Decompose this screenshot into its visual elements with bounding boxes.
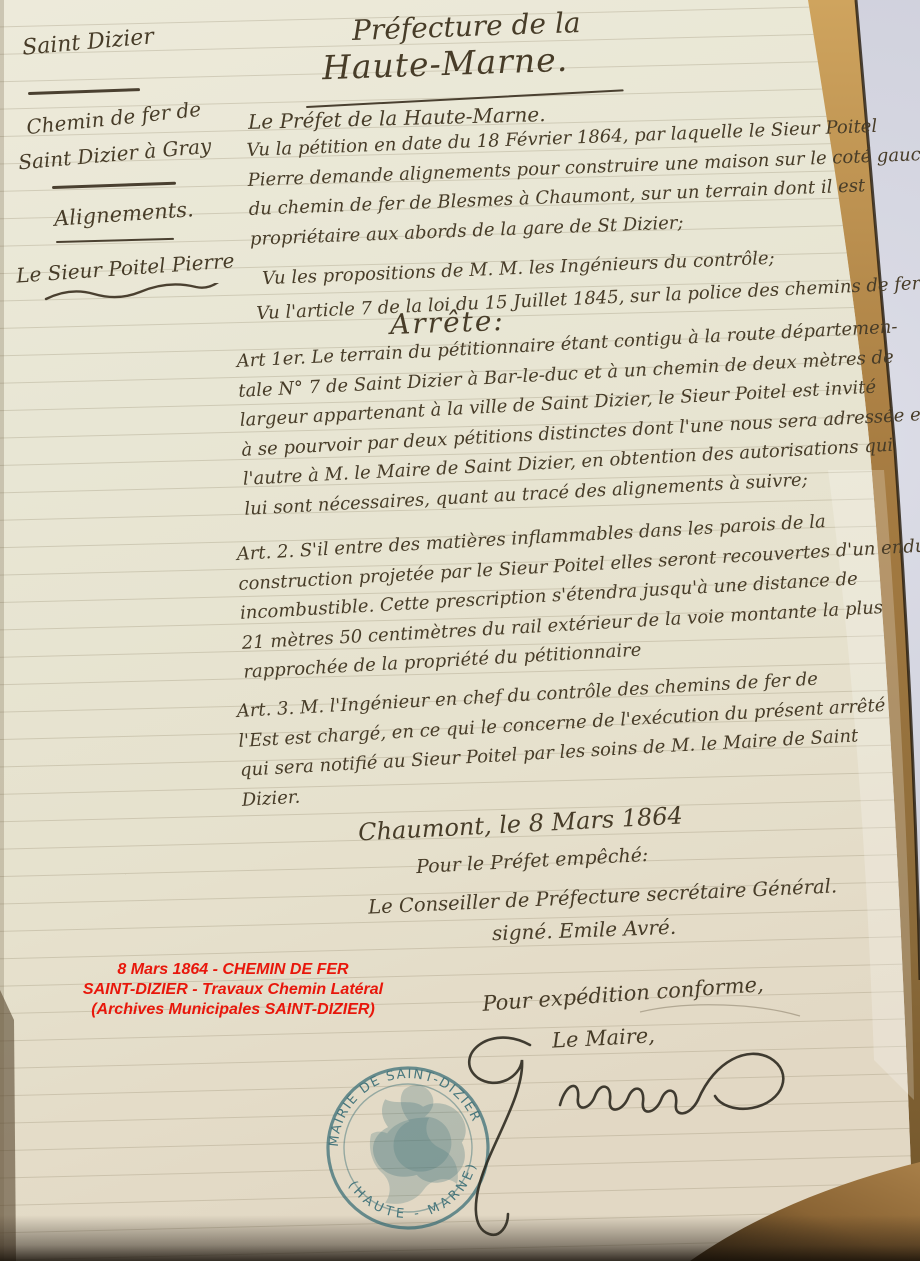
- archive-annotation-line: SAINT-DIZIER - Travaux Chemin Latéral: [58, 980, 408, 1000]
- margin-flourish: [44, 283, 224, 305]
- article-1: Art 1er. Le terrain du pétitionnaire éta…: [236, 311, 920, 524]
- bottom-shadow: [0, 1215, 920, 1261]
- archive-annotation-line: (Archives Municipales SAINT-DIZIER): [58, 1000, 408, 1020]
- archival-document-photo: MAIRIE DE SAINT-DIZIER (HAUTE - MARNE) P…: [0, 0, 920, 1261]
- archive-annotation: 8 Mars 1864 - CHEMIN DE FERSAINT-DIZIER …: [58, 960, 408, 1020]
- left-edge-line: [0, 0, 4, 1261]
- archive-annotation-line: 8 Mars 1864 - CHEMIN DE FER: [58, 960, 408, 980]
